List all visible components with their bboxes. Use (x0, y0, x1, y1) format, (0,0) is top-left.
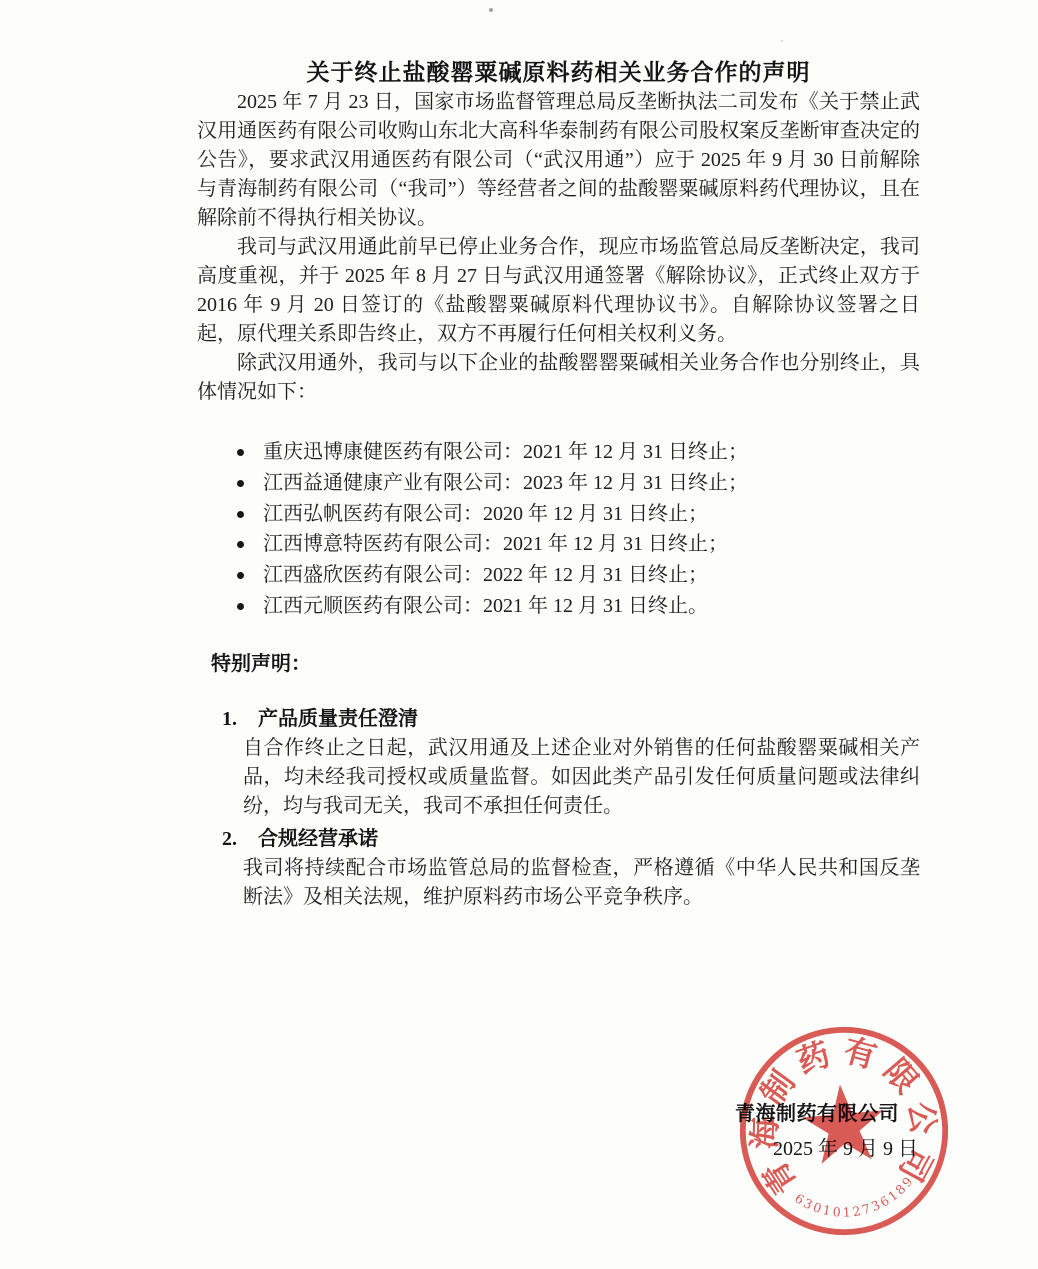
paragraph-antitrust-decision: 2025 年 7 月 23 日，国家市场监督管理总局反垄断执法二司发布《关于禁止… (197, 88, 920, 233)
bullet-icon (237, 511, 244, 518)
list-item-text: 江西博意特医药有限公司：2021 年 12 月 31 日终止； (263, 529, 728, 560)
special-item-1-body: 自合作终止之日起，武汉用通及上述企业对外销售的任何盐酸罂粟碱相关产品，均未经我司… (243, 734, 920, 821)
document-body: 关于终止盐酸罂粟碱原料药相关业务合作的声明 2025 年 7 月 23 日，国家… (197, 0, 920, 912)
bullet-icon (237, 541, 244, 548)
item-title: 产品质量责任澄清 (258, 708, 418, 730)
bullet-icon (237, 572, 244, 579)
list-item: 江西元顺医药有限公司：2021 年 12 月 31 日终止。 (237, 591, 920, 622)
item-number: 1. (222, 705, 258, 734)
list-item-text: 重庆迅博康健医药有限公司：2021 年 12 月 31 日终止； (263, 437, 748, 468)
seal-number: 6301012736189 (790, 1171, 919, 1224)
item-title: 合规经营承诺 (258, 828, 378, 850)
terminated-companies-list: 重庆迅博康健医药有限公司：2021 年 12 月 31 日终止； 江西益通健康产… (197, 437, 920, 622)
list-item: 江西博意特医药有限公司：2021 年 12 月 31 日终止； (237, 529, 920, 560)
bullet-icon (237, 449, 244, 456)
signature-block: 青海制药有限公司 2025 年 9 月 9 日 (735, 1100, 975, 1164)
item-number: 2. (222, 825, 258, 854)
paragraph-other-companies-intro: 除武汉用通外，我司与以下企业的盐酸罂罂粟碱相关业务合作也分别终止，具体情况如下： (197, 349, 920, 407)
bullet-icon (237, 603, 244, 610)
document-title: 关于终止盐酸罂粟碱原料药相关业务合作的声明 (197, 58, 920, 88)
list-item-text: 江西弘帆医药有限公司：2020 年 12 月 31 日终止； (263, 499, 708, 530)
signature-company: 青海制药有限公司 (735, 1100, 975, 1129)
special-item-1-heading: 1.产品质量责任澄清 (197, 705, 920, 734)
list-item-text: 江西盛欣医药有限公司：2022 年 12 月 31 日终止； (263, 560, 708, 591)
list-item-text: 江西元顺医药有限公司：2021 年 12 月 31 日终止。 (263, 591, 708, 622)
list-item: 江西益通健康产业有限公司：2023 年 12 月 31 日终止； (237, 468, 920, 499)
list-item: 江西盛欣医药有限公司：2022 年 12 月 31 日终止； (237, 560, 920, 591)
paragraph-termination-agreement: 我司与武汉用通此前早已停止业务合作，现应市场监管总局反垄断决定，我司高度重视，并… (197, 233, 920, 349)
list-item-text: 江西益通健康产业有限公司：2023 年 12 月 31 日终止； (263, 468, 748, 499)
list-item: 江西弘帆医药有限公司：2020 年 12 月 31 日终止； (237, 499, 920, 530)
signature-date: 2025 年 9 月 9 日 (773, 1135, 975, 1164)
list-item: 重庆迅博康健医药有限公司：2021 年 12 月 31 日终止； (237, 437, 920, 468)
scanned-document-page: 关于终止盐酸罂粟碱原料药相关业务合作的声明 2025 年 7 月 23 日，国家… (0, 0, 1038, 1269)
special-item-2-body: 我司将持续配合市场监管总局的监督检查，严格遵循《中华人民共和国反垄断法》及相关法… (243, 854, 920, 912)
special-item-2-heading: 2.合规经营承诺 (197, 825, 920, 854)
bullet-icon (237, 480, 244, 487)
special-notice-heading: 特别声明： (211, 650, 920, 679)
